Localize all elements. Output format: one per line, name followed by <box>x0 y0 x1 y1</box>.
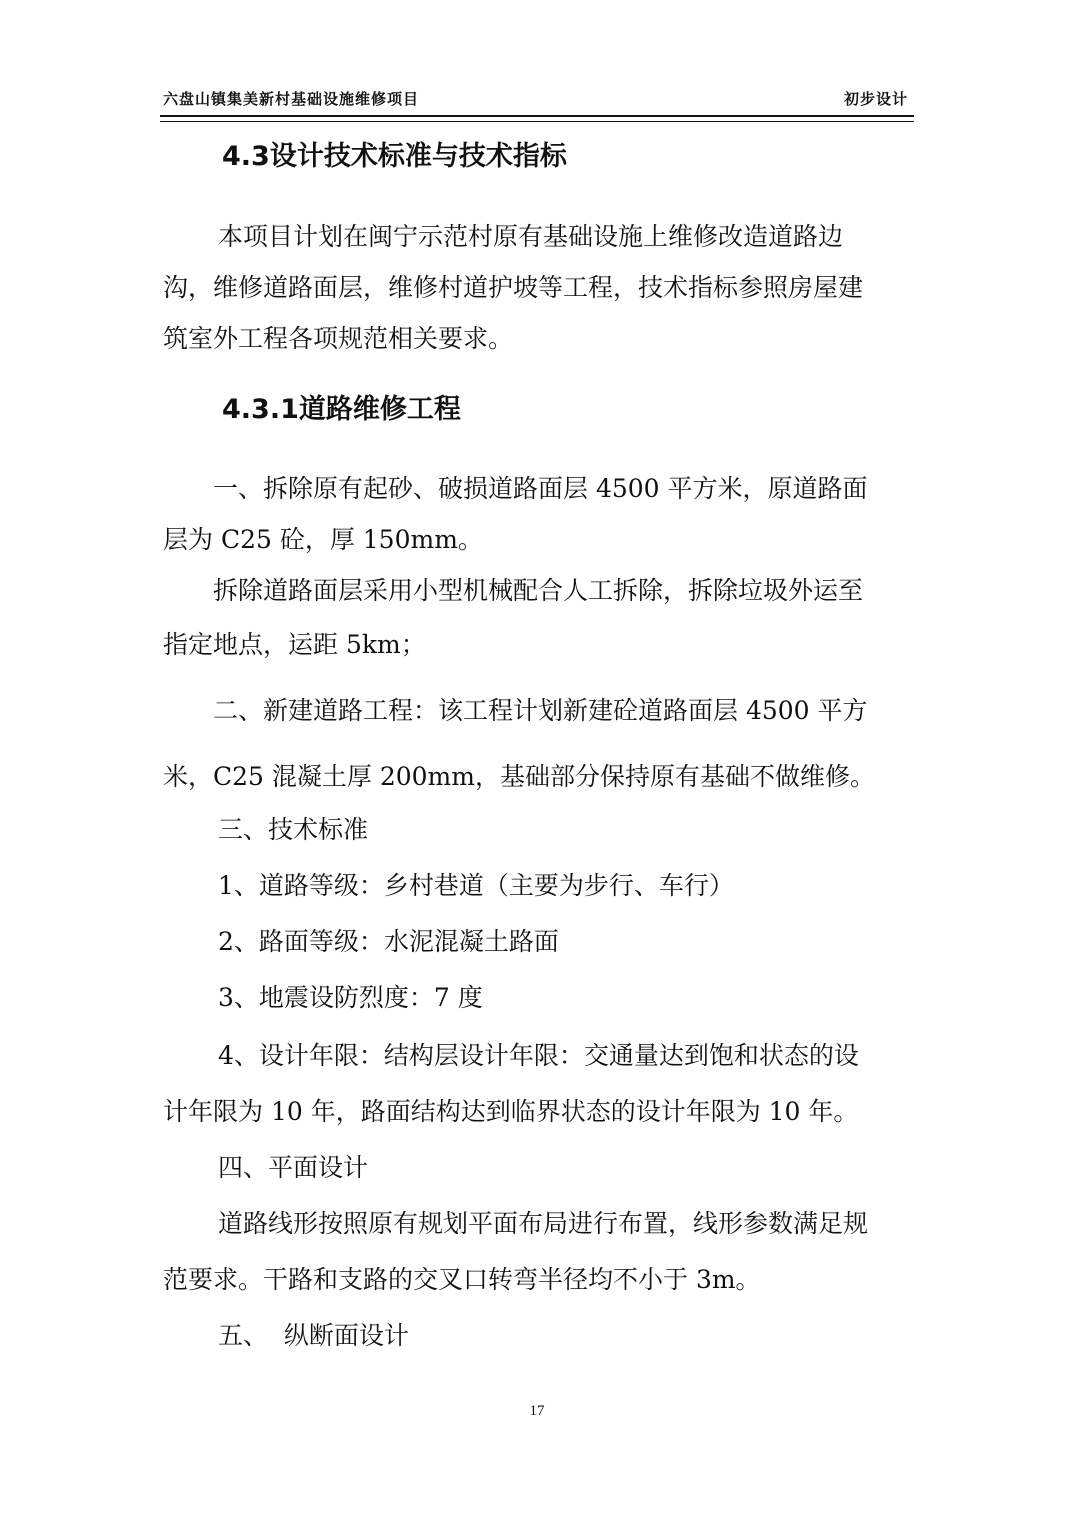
body-line: 五、 纵断面设计 <box>218 1321 409 1351</box>
page-number: 17 <box>0 1403 1074 1420</box>
body-line: 拆除道路面层采用小型机械配合人工拆除，拆除垃圾外运至 <box>213 576 863 606</box>
intro-line: 本项目计划在闽宁示范村原有基础设施上维修改造道路边 <box>218 222 843 252</box>
body-line: 指定地点，运距 5km； <box>163 630 426 660</box>
body-line: 范要求。干路和支路的交叉口转弯半径均不小于 3m。 <box>163 1265 761 1295</box>
body-line: 层为 C25 砼，厚 150mm。 <box>163 525 483 555</box>
body-line: 一、拆除原有起砂、破损道路面层 4500 平方米，原道路面 <box>213 474 868 504</box>
body-line: 道路线形按照原有规划平面布局进行布置，线形参数满足规 <box>218 1209 868 1239</box>
section-heading: 4.3设计技术标准与技术指标 <box>222 142 567 172</box>
intro-line: 筑室外工程各项规范相关要求。 <box>163 324 513 354</box>
intro-line: 沟，维修道路面层，维修村道护坡等工程，技术指标参照房屋建 <box>163 273 863 303</box>
header-rule-thick <box>160 115 914 117</box>
header-stage-label: 初步设计 <box>844 88 908 109</box>
body-line: 计年限为 10 年，路面结构达到临界状态的设计年限为 10 年。 <box>163 1097 858 1127</box>
page-header: 六盘山镇集美新村基础设施维修项目 初步设计 <box>163 88 914 110</box>
body-line: 3、地震设防烈度：7 度 <box>218 983 483 1013</box>
body-line: 4、设计年限：结构层设计年限：交通量达到饱和状态的设 <box>218 1041 859 1071</box>
body-line: 1、道路等级：乡村巷道（主要为步行、车行） <box>218 871 734 901</box>
body-line: 四、平面设计 <box>218 1153 368 1183</box>
subsection-heading: 4.3.1道路维修工程 <box>222 395 461 425</box>
body-line: 三、技术标准 <box>218 815 368 845</box>
body-line: 2、路面等级：水泥混凝土路面 <box>218 927 559 957</box>
header-project-title: 六盘山镇集美新村基础设施维修项目 <box>163 88 419 109</box>
document-page: 六盘山镇集美新村基础设施维修项目 初步设计 4.3设计技术标准与技术指标 本项目… <box>0 0 1074 1520</box>
body-line: 二、新建道路工程：该工程计划新建砼道路面层 4500 平方 <box>213 696 868 726</box>
body-line: 米，C25 混凝土厚 200mm，基础部分保持原有基础不做维修。 <box>163 762 875 792</box>
header-rule-thin <box>160 121 914 122</box>
